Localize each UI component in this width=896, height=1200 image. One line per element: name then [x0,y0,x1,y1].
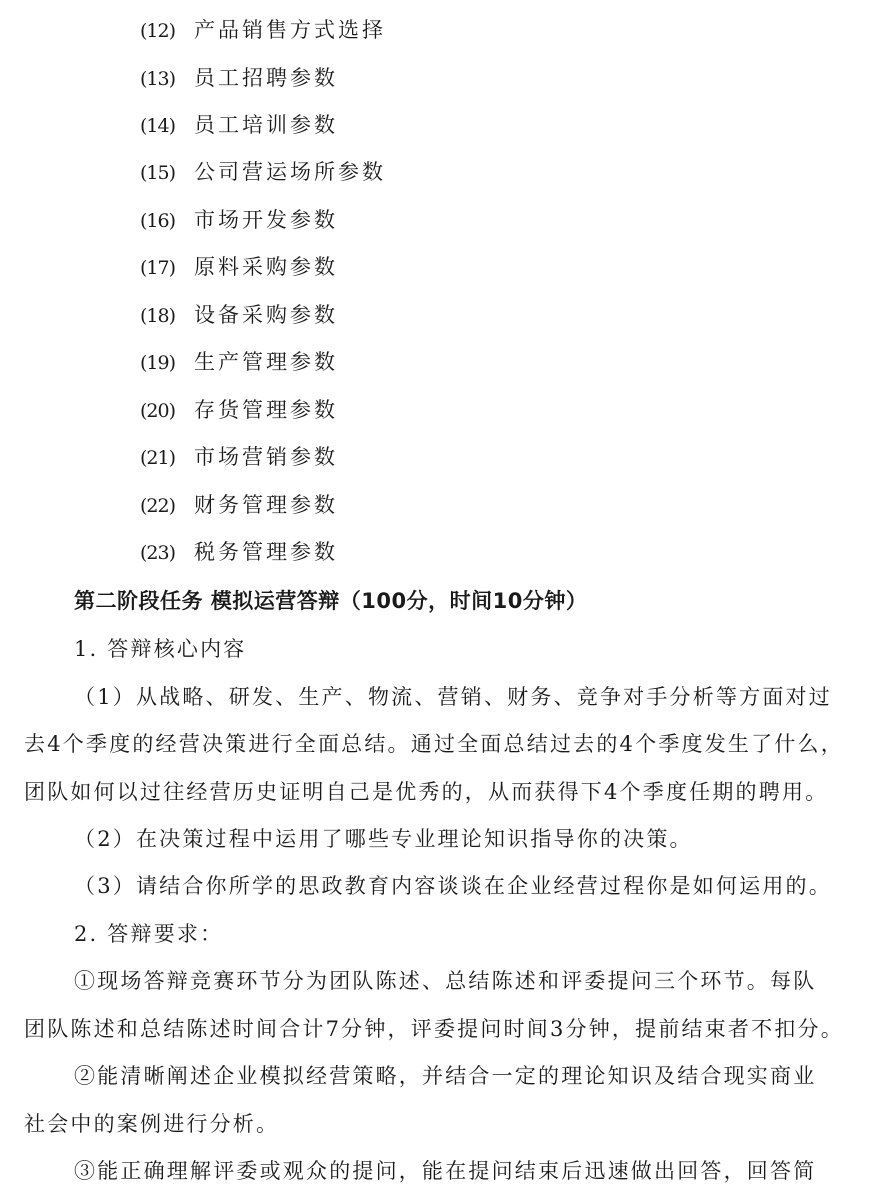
paragraph-line: ③能正确理解评委或观众的提问，能在提问结束后迅速做出回答，回答简 [74,1155,816,1187]
list-label: 员工招聘参数 [194,66,338,90]
list-label: 产品销售方式选择 [194,18,386,42]
list-item: (19)生产管理参数 [140,346,338,378]
list-item: (15)公司营运场所参数 [140,156,386,188]
list-number: (12) [140,15,194,47]
list-item: (22)财务管理参数 [140,489,338,521]
paragraph-line: 去4个季度的经营决策进行全面总结。通过全面总结过去的4个季度发生了什么， [24,728,844,760]
list-item: (12)产品销售方式选择 [140,14,386,46]
list-number: (14) [140,110,194,142]
list-label: 税务管理参数 [194,540,338,564]
list-label: 财务管理参数 [194,493,338,517]
list-number: (20) [140,395,194,427]
list-number: (18) [140,300,194,332]
subsection-title: 1. 答辩核心内容 [74,633,247,665]
list-item: (14)员工培训参数 [140,109,338,141]
list-number: (13) [140,63,194,95]
list-label: 设备采购参数 [194,303,338,327]
paragraph-line: 团队如何以过往经营历史证明自己是优秀的，从而获得下4个季度任期的聘用。 [24,776,828,808]
list-number: (22) [140,490,194,522]
list-item: (13)员工招聘参数 [140,62,338,94]
paragraph-line: （3）请结合你所学的思政教育内容谈谈在企业经营过程你是如何运用的。 [74,870,832,902]
list-number: (17) [140,252,194,284]
paragraph-line: ①现场答辩竞赛环节分为团队陈述、总结陈述和评委提问三个环节。每队 [74,965,816,997]
paragraph-line: 社会中的案例进行分析。 [24,1108,279,1140]
list-item: (17)原料采购参数 [140,251,338,283]
paragraph-line: （2）在决策过程中运用了哪些专业理论知识指导你的决策。 [74,823,693,855]
list-number: (23) [140,537,194,569]
list-number: (15) [140,157,194,189]
list-label: 原料采购参数 [194,255,338,279]
list-item: (18)设备采购参数 [140,299,338,331]
list-number: (16) [140,205,194,237]
list-item: (16)市场开发参数 [140,204,338,236]
list-item: (21)市场营销参数 [140,441,338,473]
paragraph-line: 团队陈述和总结陈述时间合计7分钟，评委提问时间3分钟，提前结束者不扣分。 [24,1013,844,1045]
list-number: (19) [140,347,194,379]
document-page: (12)产品销售方式选择 (13)员工招聘参数 (14)员工培训参数 (15)公… [0,0,896,1200]
list-label: 员工培训参数 [194,113,338,137]
list-number: (21) [140,442,194,474]
list-label: 市场营销参数 [194,445,338,469]
list-label: 公司营运场所参数 [194,160,386,184]
section-heading: 第二阶段任务 模拟运营答辩（100分，时间10分钟） [74,585,587,617]
paragraph-line: ②能清晰阐述企业模拟经营策略，并结合一定的理论知识及结合现实商业 [74,1060,816,1092]
list-label: 生产管理参数 [194,350,338,374]
subsection-title: 2. 答辩要求： [74,918,223,950]
list-item: (23)税务管理参数 [140,536,338,568]
list-label: 市场开发参数 [194,208,338,232]
paragraph-line: （1）从战略、研发、生产、物流、营销、财务、竞争对手分析等方面对过 [74,681,832,713]
list-label: 存货管理参数 [194,398,338,422]
list-item: (20)存货管理参数 [140,394,338,426]
